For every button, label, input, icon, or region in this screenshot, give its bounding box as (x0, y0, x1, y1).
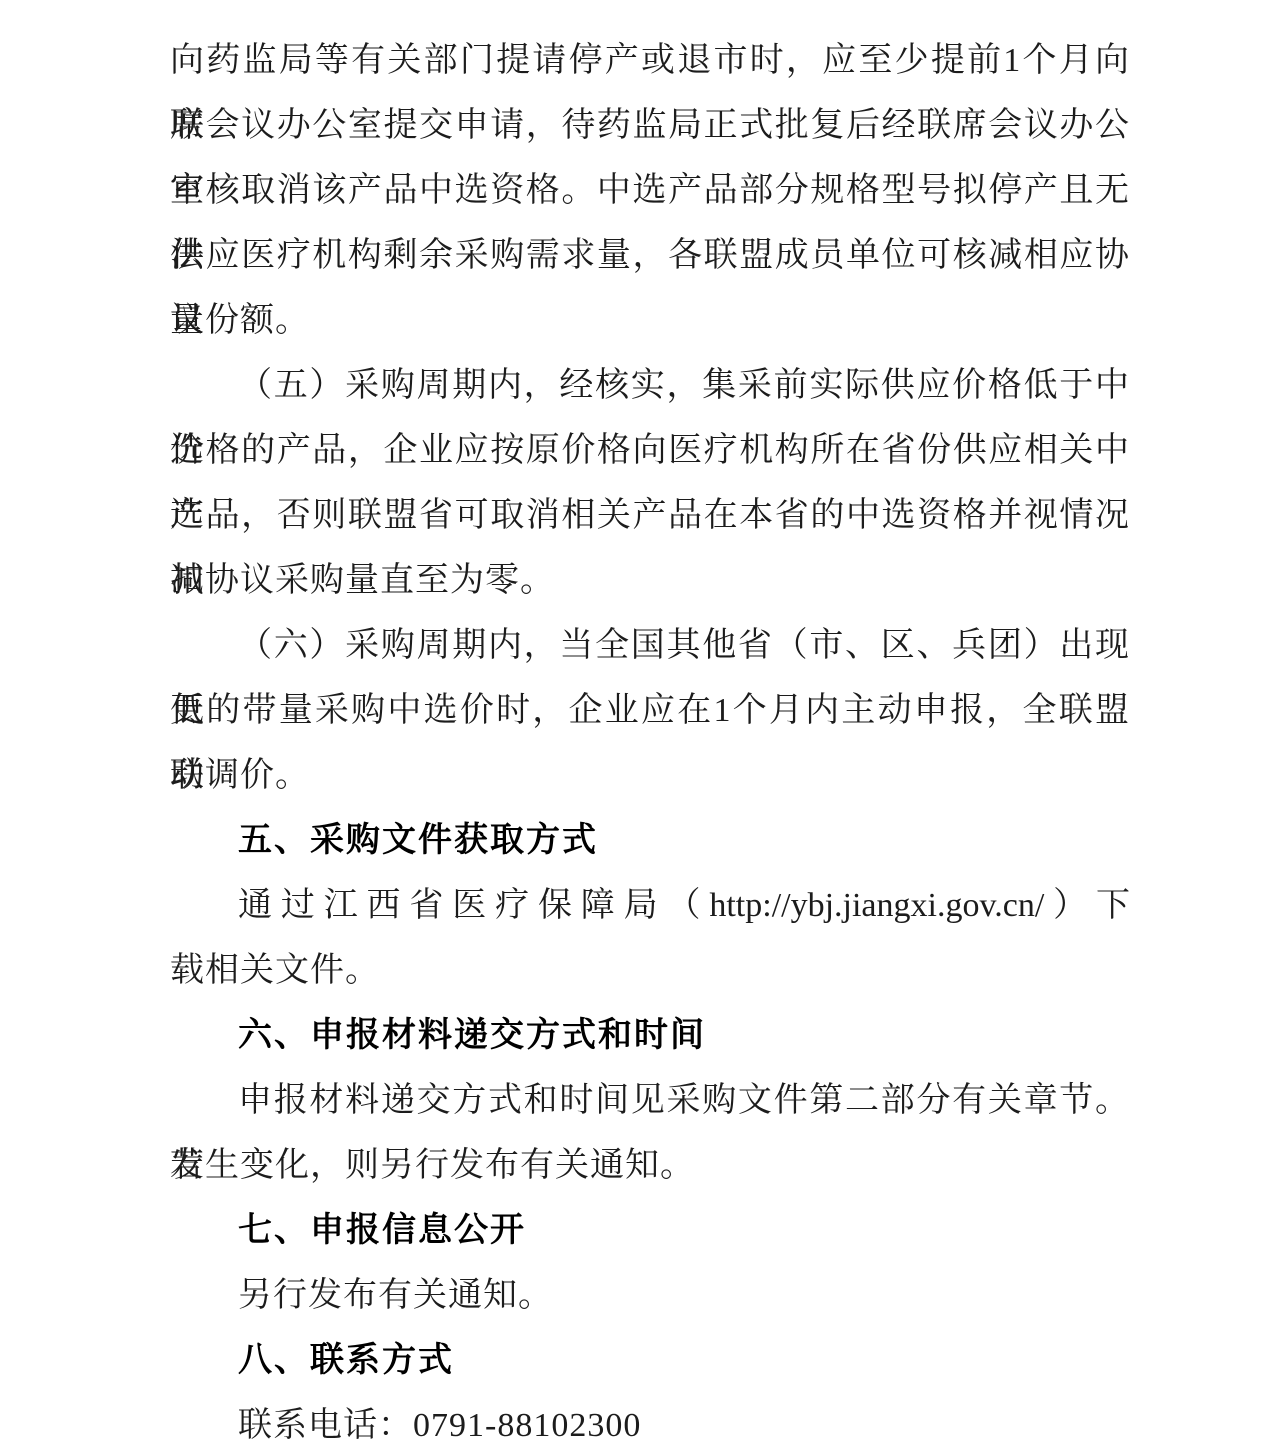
section-heading: 八、联系方式 (170, 1328, 1130, 1393)
text-line: （六）采购周期内，当全国其他省（市、区、兵团）出现更 (170, 613, 1130, 678)
text-line: 另行发布有关通知。 (170, 1263, 1130, 1328)
text-line: 审核取消该产品中选资格。中选产品部分规格型号拟停产且无法 (170, 158, 1130, 223)
text-line: 供应医疗机构剩余采购需求量，各联盟成员单位可核减相应协议 (170, 223, 1130, 288)
section-heading: 五、采购文件获取方式 (170, 808, 1130, 873)
text-line: 低的带量采购中选价时，企业应在1个月内主动申报，全联盟联 (170, 678, 1130, 743)
text-line: 联系电话：0791-88102300 (170, 1393, 1130, 1451)
section-heading: 六、申报材料递交方式和时间 (170, 1003, 1130, 1068)
document-page: 向药监局等有关部门提请停产或退市时，应至少提前1个月向联席会议办公室提交申请，待… (0, 0, 1280, 1451)
text-line: 量份额。 (170, 288, 1130, 353)
text-line: 价格的产品，企业应按原价格向医疗机构所在省份供应相关中选 (170, 418, 1130, 483)
text-line: 席会议办公室提交申请，待药监局正式批复后经联席会议办公室 (170, 93, 1130, 158)
text-line: 发生变化，则另行发布有关通知。 (170, 1133, 1130, 1198)
text-line: 通过江西省医疗保障局（http://ybj.jiangxi.gov.cn/）下 (170, 873, 1130, 938)
text-line: 动调价。 (170, 743, 1130, 808)
section-heading: 七、申报信息公开 (170, 1198, 1130, 1263)
text-line: 载相关文件。 (170, 938, 1130, 1003)
text-line: 申报材料递交方式和时间见采购文件第二部分有关章节。若 (170, 1068, 1130, 1133)
text-line: 向药监局等有关部门提请停产或退市时，应至少提前1个月向联 (170, 28, 1130, 93)
text-line: 减协议采购量直至为零。 (170, 548, 1130, 613)
text-line: （五）采购周期内，经核实，集采前实际供应价格低于中选 (170, 353, 1130, 418)
text-line: 产品，否则联盟省可取消相关产品在本省的中选资格并视情况扣 (170, 483, 1130, 548)
